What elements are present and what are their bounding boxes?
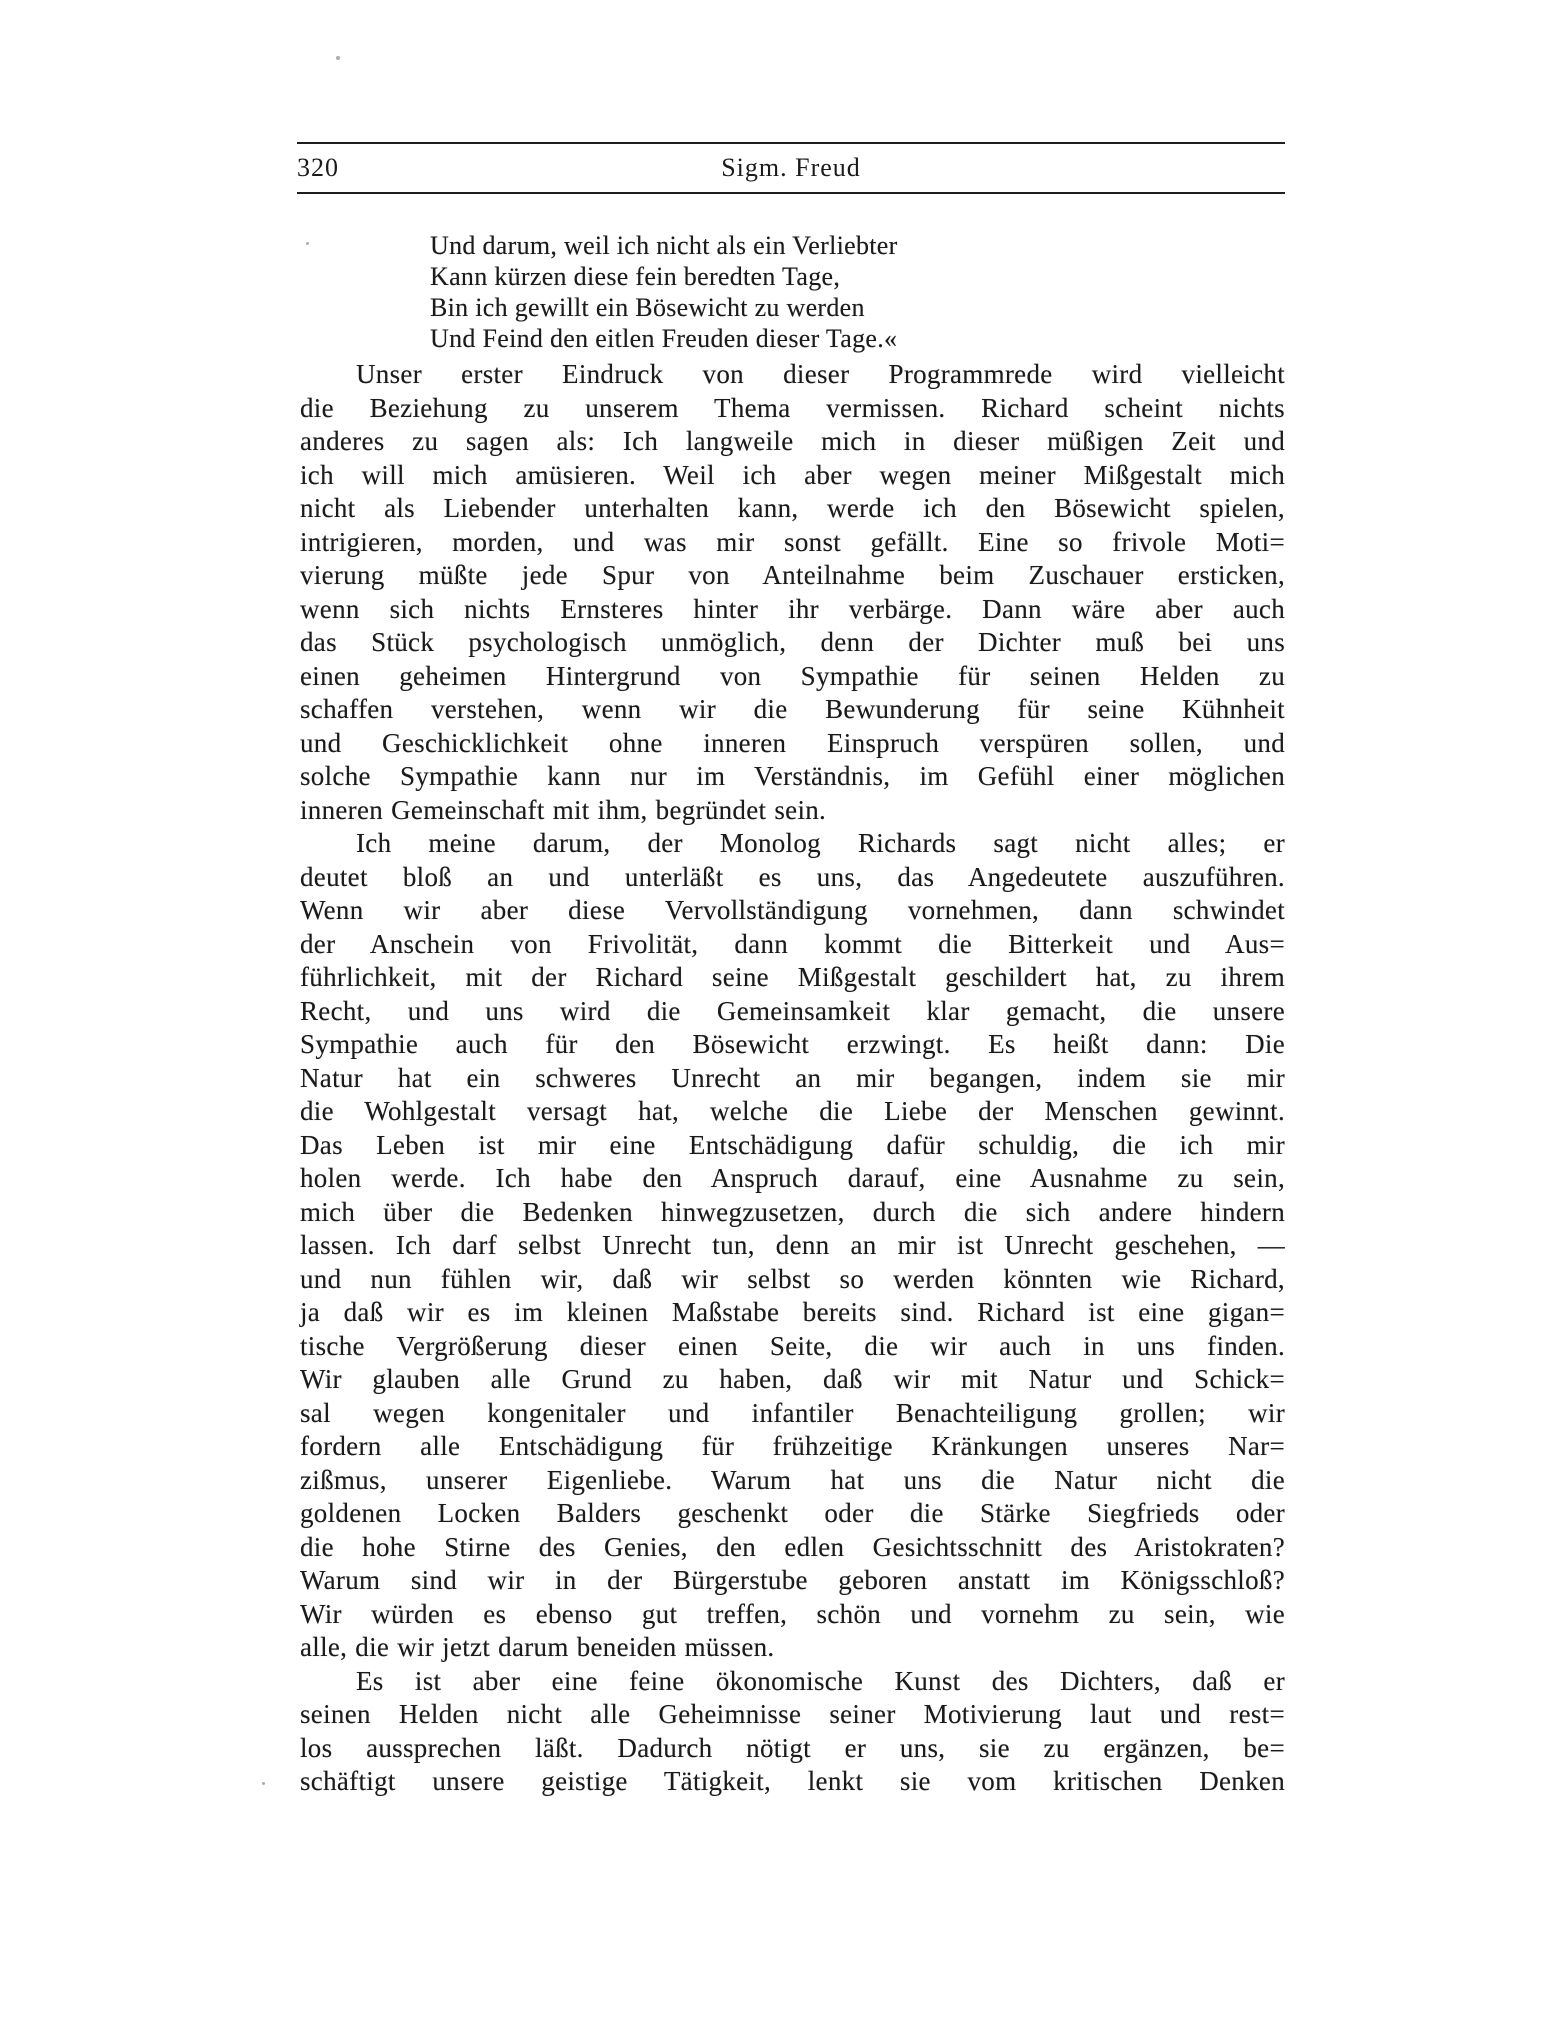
text-line: ja daß wir es im kleinen Maßstabe bereit… [300,1296,1285,1330]
text-line: Natur hat ein schweres Unrecht an mir be… [300,1062,1285,1096]
text-line: die Beziehung zu unserem Thema vermissen… [300,392,1285,426]
text-line: Wir würden es ebenso gut treffen, schön … [300,1598,1285,1632]
text-line: alle, die wir jetzt darum beneiden müsse… [300,1631,1285,1665]
running-title: Sigm. Freud [297,153,1285,183]
text-line: Wenn wir aber diese Vervollständigung vo… [300,894,1285,928]
text-line: wenn sich nichts Ernsteres hinter ihr ve… [300,593,1285,627]
text-line: Das Leben ist mir eine Entschädigung daf… [300,1129,1285,1163]
header-row: 320 Sigm. Freud [297,144,1285,192]
text-line: die hohe Stirne des Genies, den edlen Ge… [300,1531,1285,1565]
text-line: ich will mich amüsieren. Weil ich aber w… [300,459,1285,493]
scan-speck [306,242,309,245]
scan-speck [336,56,340,60]
text-line: goldenen Locken Balders geschenkt oder d… [300,1497,1285,1531]
text-line: Recht, und uns wird die Gemeinsamkeit kl… [300,995,1285,1029]
text-line: Sympathie auch für den Bösewicht erzwing… [300,1028,1285,1062]
text-line: und Geschicklichkeit ohne inneren Einspr… [300,727,1285,761]
text-line: Wir glauben alle Grund zu haben, daß wir… [300,1363,1285,1397]
text-line: anderes zu sagen als: Ich langweile mich… [300,425,1285,459]
verse-line: Kann kürzen diese fein beredten Tage, [430,261,1210,292]
text-line: solche Sympathie kann nur im Verständnis… [300,760,1285,794]
text-line: inneren Gemeinschaft mit ihm, begründet … [300,794,1285,828]
text-line: fordern alle Entschädigung für frühzeiti… [300,1430,1285,1464]
text-line: einen geheimen Hintergrund von Sympathie… [300,660,1285,694]
text-line: Es ist aber eine feine ökonomische Kunst… [300,1665,1285,1699]
book-page: 320 Sigm. Freud Und darum, weil ich nich… [0,0,1545,2025]
text-line: der Anschein von Frivolität, dann kommt … [300,928,1285,962]
text-line: sal wegen kongenitaler und infantiler Be… [300,1397,1285,1431]
text-line: zißmus, unserer Eigenliebe. Warum hat un… [300,1464,1285,1498]
page-header: 320 Sigm. Freud [297,142,1285,194]
text-line: intrigieren, morden, und was mir sonst g… [300,526,1285,560]
text-line: seinen Helden nicht alle Geheimnisse sei… [300,1698,1285,1732]
verse-line: Bin ich gewillt ein Bösewicht zu werden [430,292,1210,323]
text-line: mich über die Bedenken hinwegzusetzen, d… [300,1196,1285,1230]
text-line: holen werde. Ich habe den Anspruch darau… [300,1162,1285,1196]
text-line: und nun fühlen wir, daß wir selbst so we… [300,1263,1285,1297]
text-line: vierung müßte jede Spur von Anteilnahme … [300,559,1285,593]
body-text: Unser erster Eindruck von dieser Program… [300,358,1285,1799]
text-line: führlichkeit, mit der Richard seine Mißg… [300,961,1285,995]
verse-line: Und Feind den eitlen Freuden dieser Tage… [430,323,1210,354]
text-line: schaffen verstehen, wenn wir die Bewunde… [300,693,1285,727]
text-line: deutet bloß an und unterläßt es uns, das… [300,861,1285,895]
text-line: das Stück psychologisch unmöglich, denn … [300,626,1285,660]
text-line: Warum sind wir in der Bürgerstube gebore… [300,1564,1285,1598]
text-line: nicht als Liebender unterhalten kann, we… [300,492,1285,526]
text-line: lassen. Ich darf selbst Unrecht tun, den… [300,1229,1285,1263]
verse-block: Und darum, weil ich nicht als ein Verlie… [430,230,1210,354]
verse-line: Und darum, weil ich nicht als ein Verlie… [430,230,1210,261]
text-line: Unser erster Eindruck von dieser Program… [300,358,1285,392]
text-line: die Wohlgestalt versagt hat, welche die … [300,1095,1285,1129]
text-line: tische Vergrößerung dieser einen Seite, … [300,1330,1285,1364]
text-line: los aussprechen läßt. Dadurch nötigt er … [300,1732,1285,1766]
scan-speck [262,1782,265,1785]
text-line: Ich meine darum, der Monolog Richards sa… [300,827,1285,861]
text-line: schäftigt unsere geistige Tätigkeit, len… [300,1765,1285,1799]
